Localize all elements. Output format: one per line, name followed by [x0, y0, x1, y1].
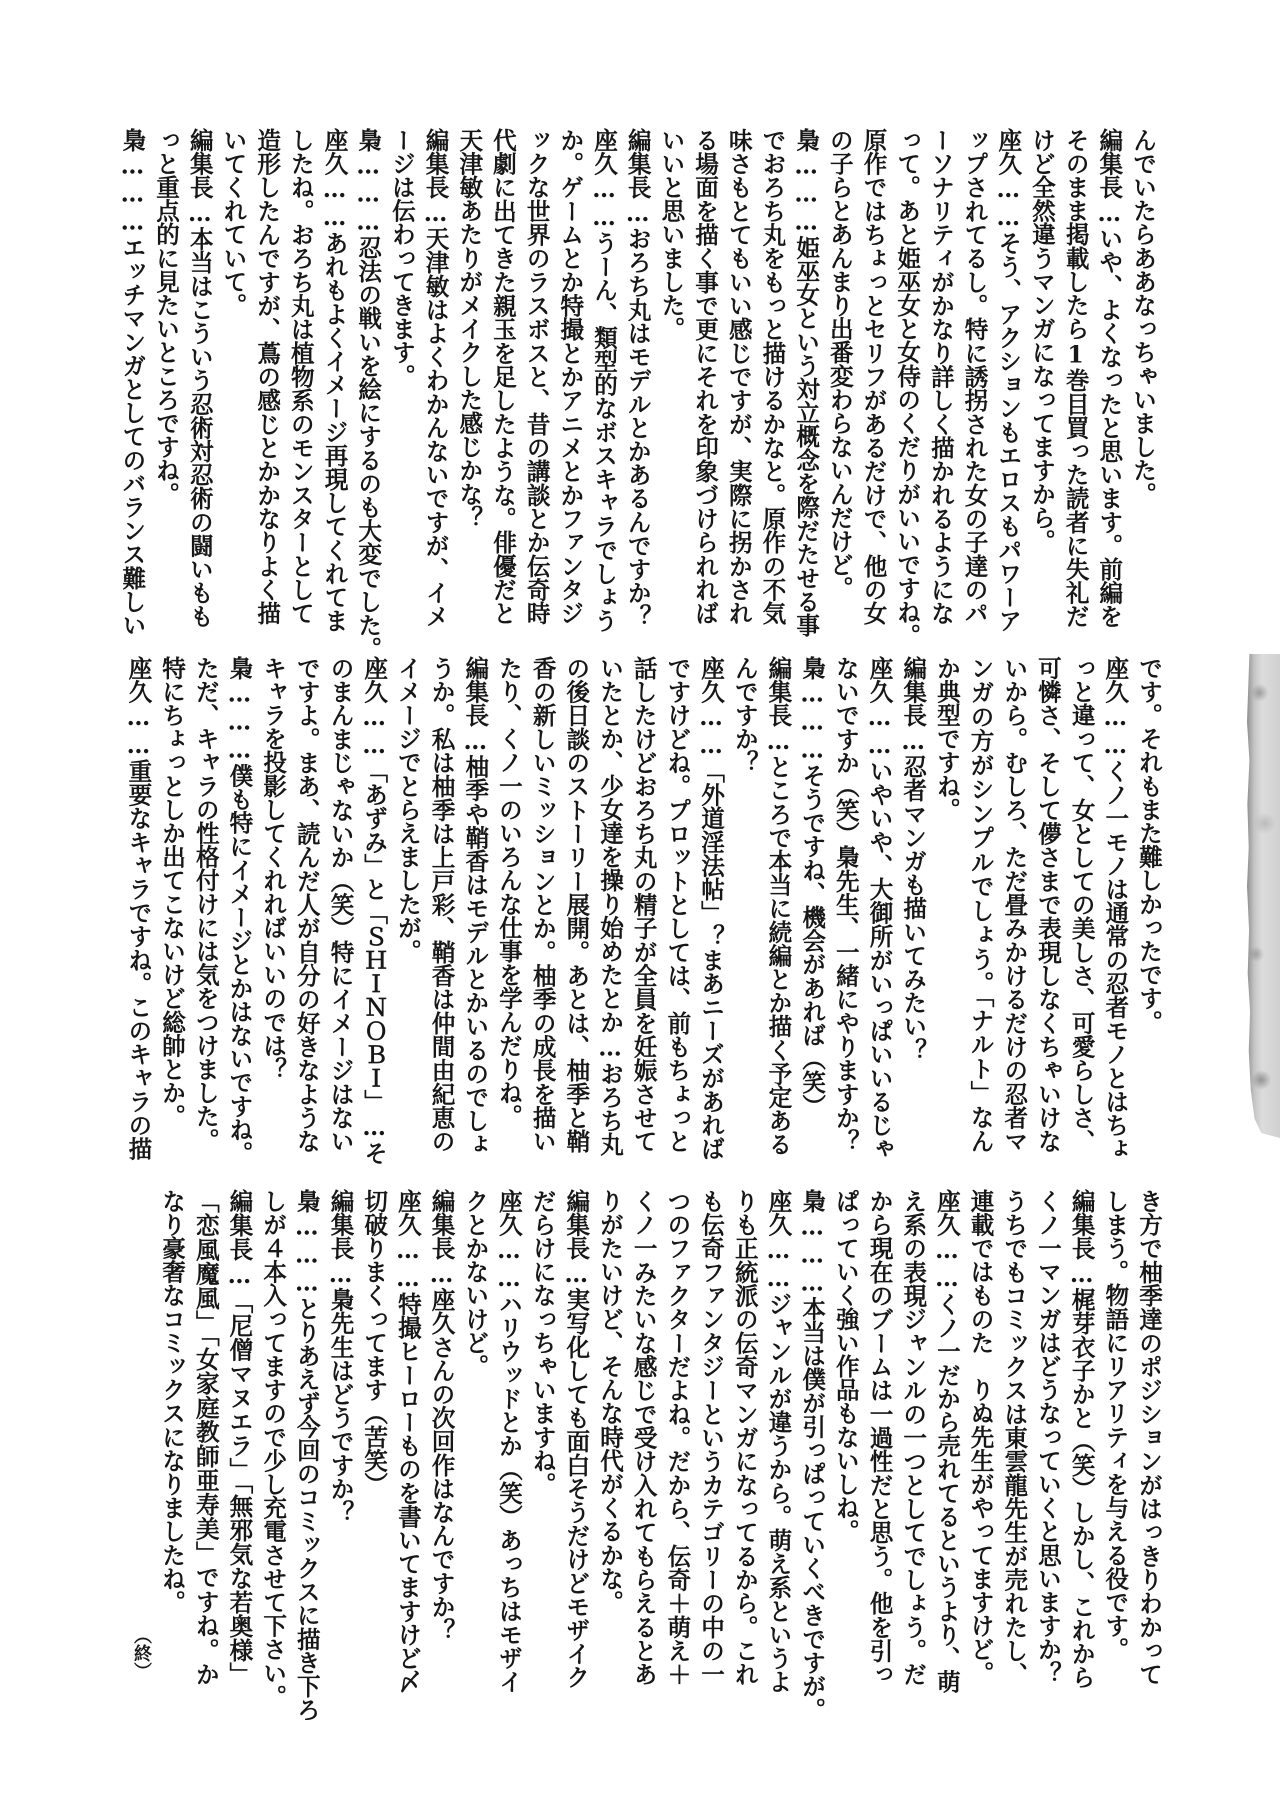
text-column: 座久……特撮ヒーローものを書いてますけど〆: [390, 1189, 424, 1686]
text-column: いたとか、少女達を操り始めたとか…おろち丸: [592, 656, 626, 1153]
text-column: そのまま掲載したら1巻目買った読者に失礼だ: [1058, 128, 1092, 625]
text-column: 話したけどおろち丸の精子が全員を妊娠させて: [626, 656, 660, 1153]
text-column: 座久……いやいや、大御所がいっぱいいるじゃ: [862, 656, 896, 1153]
text-column: る場面を描く事で更にそれを印象づけられれば: [687, 128, 721, 625]
text-column: 可憐さ、そして儚さまで表現しなくちゃいけな: [1030, 656, 1064, 1153]
text-column: 代劇に出てきた親玉を足したような。俳優だと: [485, 128, 519, 625]
text-column: んですか？: [727, 656, 761, 1153]
text-column: しまう。物語にリアリティを与える役です。: [1098, 1189, 1132, 1686]
text-column: つのファクターだよね。だから、伝奇＋萌え＋: [660, 1189, 694, 1686]
end-mark: （終）: [125, 1626, 158, 1680]
text-column: 「恋風魔風」「女家庭教師亜寿美」ですね。か: [188, 1189, 222, 1686]
text-column: 座久……くノ一だから売れてるというより、萌: [929, 1189, 963, 1686]
text-column: 座久……「あずみ」と「ＳＨＩＮＯＢＩ」…そ: [357, 656, 391, 1153]
text-column: クとかないけど。: [458, 1189, 492, 1686]
text-column: しが４本入ってますので少し充電させて下さい。: [255, 1189, 289, 1686]
text-column: 編集長…おろち丸はモデルとかあるんですか？: [620, 128, 654, 625]
text-column: 座久……重要なキャラですね。このキャラの描: [121, 656, 155, 1153]
text-column: 梟………僕も特にイメージとかはないですね。: [222, 656, 256, 1153]
text-band-middle: です。それもまた難しかったです。 座久……くノ一モノは通常の忍者モノとはちょ っ…: [120, 656, 1165, 1153]
text-column: のまんまじゃないか（笑）特にイメージはない: [323, 656, 357, 1153]
text-column: 座久……うーん、類型的なボスキャラでしょう: [586, 128, 620, 625]
text-column: 編集長…天津敏はよくわかんないですが、イメ: [418, 128, 452, 625]
text-column: 梟………忍法の戦いを絵にするのも大変でした。: [351, 128, 385, 625]
text-column: 天津敏あたりがメイクした感じかな？: [452, 128, 486, 625]
text-column: 切破りまくってます（苦笑）: [357, 1189, 391, 1686]
text-column: 編集長…梶芽衣子かと（笑）しかし、これから: [1064, 1189, 1098, 1686]
text-column: 編集長…ところで本当に続編とか描く予定ある: [761, 656, 795, 1153]
text-column: き方で柚季達のポジションがはっきりわかって: [1131, 1189, 1165, 1686]
text-column: だらけになっちゃいますね。: [525, 1189, 559, 1686]
text-column: って。あと姫巫女と女侍のくだりがいいですね。: [890, 128, 924, 625]
text-column: 編集長…忍者マンガも描いてみたい？: [896, 656, 930, 1153]
text-column: んでいたらああなっちゃいました。: [1125, 128, 1159, 625]
text-column: イメージでとらえましたが。: [390, 656, 424, 1153]
text-column: いてくれていて。: [216, 128, 250, 625]
text-column: 特にちょっとしか出てこないけど総帥とか。: [154, 656, 188, 1153]
text-column: くノ一みたいな感じで受け入れてもらえるとあ: [626, 1189, 660, 1686]
text-column: か典型ですね。: [929, 656, 963, 1153]
text-column: くノ一マンガはどうなっていくと思いますか？: [1030, 1189, 1064, 1686]
text-column: けど全然違うマンガになってますから。: [1024, 128, 1058, 625]
text-column: 連載ではものた りぬ先生がやってますけど。: [963, 1189, 997, 1686]
text-column: ですけどね。プロットとしては、前もちょっと: [660, 656, 694, 1153]
text-column: 編集長…本当はこういう忍術対忍術の闘いもも: [182, 128, 216, 625]
text-column: なり豪奢なコミックスになりましたね。: [154, 1189, 188, 1686]
scan-edge-artifact: [1246, 654, 1280, 1138]
text-column: 座久……そう、アクションもエロスもパワーア: [991, 128, 1025, 625]
text-column: ージは伝わってきます。: [384, 128, 418, 625]
text-column: の後日談のストーリー展開。あとは、柚季と鞘: [559, 656, 593, 1153]
text-column: 編集長…座久さんの次回作はなんですか？: [424, 1189, 458, 1686]
text-column: 原作ではちょっとセリフがあるだけで、他の女: [856, 128, 890, 625]
text-column: です。それもまた難しかったです。: [1131, 656, 1165, 1153]
text-column: 座久……ジャンルが違うから。萌え系というよ: [761, 1189, 795, 1686]
text-column: 味さもとてもいい感じですが、実際に拐かされ: [721, 128, 755, 625]
text-column: え系の表現ジャンルの一つとしてでしょう。だ: [896, 1189, 930, 1686]
text-column: 座久……ハリウッドとか（笑）あっちはモザイ: [491, 1189, 525, 1686]
text-column: 梟………本当は僕が引っぱっていくべきですが。: [794, 1189, 828, 1686]
text-column: から現在のブームは一過性だと思う。他を引っ: [862, 1189, 896, 1686]
text-band-bottom: き方で柚季達のポジションがはっきりわかって しまう。物語にリアリティを与える役で…: [120, 1189, 1165, 1686]
document-page: んでいたらああなっちゃいました。 編集長…いや、よくなったと思います。前編を そ…: [0, 0, 1280, 1819]
text-column: 編集長…実写化しても面白そうだけどモザイク: [559, 1189, 593, 1686]
text-column: の子らとあんまり出番変わらないんだけど。: [822, 128, 856, 625]
text-column: ンガの方がシンプルでしょう。「ナルト」なん: [963, 656, 997, 1153]
text-column: キャラを投影してくれればいいのでは？: [255, 656, 289, 1153]
text-column: か。ゲームとか特撮とかアニメとかファンタジ: [553, 128, 587, 625]
text-column: っと重点的に見たいところですね。: [148, 128, 182, 625]
text-column: 梟………姫巫女という対立概念を際だたせる事: [788, 128, 822, 625]
text-column: 梟………エッチマンガとしてのバランス難しい: [115, 128, 149, 625]
text-column: 座久……くノ一モノは通常の忍者モノとはちょ: [1098, 656, 1132, 1153]
text-column: ただ、キャラの性格付けには気をつけました。: [188, 656, 222, 1153]
text-column: 編集長…いや、よくなったと思います。前編を: [1092, 128, 1126, 625]
text-column: りも正統派の伝奇マンガになってるから。これ: [727, 1189, 761, 1686]
text-column: 編集長…梟先生はどうですか？: [323, 1189, 357, 1686]
text-band-top: んでいたらああなっちゃいました。 編集長…いや、よくなったと思います。前編を そ…: [114, 128, 1159, 625]
text-column: でおろち丸をもっと描けるかなと。原作の不気: [755, 128, 789, 625]
text-column: したね。おろち丸は植物系のモンスターとして: [283, 128, 317, 625]
text-column: 梟………とりあえず今回のコミックスに描き下ろ: [289, 1189, 323, 1686]
text-column: ップされてるし。特に誘拐された女の子達のパ: [957, 128, 991, 625]
text-column: 香の新しいミッションとか。柚季の成長を描い: [525, 656, 559, 1153]
text-column: うか。私は柚季は上戸彩、鞘香は仲間由紀恵の: [424, 656, 458, 1153]
text-column: ないですか（笑）梟先生、一緒にやりますか？: [828, 656, 862, 1153]
text-column: たり、くノ一のいろんな仕事を学んだりね。: [491, 656, 525, 1153]
text-column: ですよ。まあ、読んだ人が自分の好きなような: [289, 656, 323, 1153]
text-column: 座久……「外道淫法帖」？まあニーズがあれば: [693, 656, 727, 1153]
text-column: 座久……あれもよくイメージ再現してくれてま: [317, 128, 351, 625]
text-column: いいと思いました。: [654, 128, 688, 625]
text-column: ーソナリティがかなり詳しく描かれるようにな: [923, 128, 957, 625]
text-column: ックな世界のラスボスと、昔の講談とか伝奇時: [519, 128, 553, 625]
text-column: 梟………そうですね、機会があれば（笑）: [794, 656, 828, 1153]
text-column: 編集長…「尼僧マヌエラ」「無邪気な若奥様」: [222, 1189, 256, 1686]
text-column: 造形したんですが、蔦の感じとかかなりよく描: [249, 128, 283, 625]
text-column: っと違って、女としての美しさ、可愛らしさ、: [1064, 656, 1098, 1153]
text-column: いから。むしろ、ただ畳みかけるだけの忍者マ: [997, 656, 1031, 1153]
text-column: うちでもコミックスは東雲龍先生が売れたし、: [997, 1189, 1031, 1686]
text-column: 編集長…柚季や鞘香はモデルとかいるのでしょ: [458, 656, 492, 1153]
text-column: ぱっていく強い作品もないしね。: [828, 1189, 862, 1686]
text-column: も伝奇ファンタジーというカテゴリーの中の一: [693, 1189, 727, 1686]
text-column: りがたいけど、そんな時代がくるかな。: [592, 1189, 626, 1686]
